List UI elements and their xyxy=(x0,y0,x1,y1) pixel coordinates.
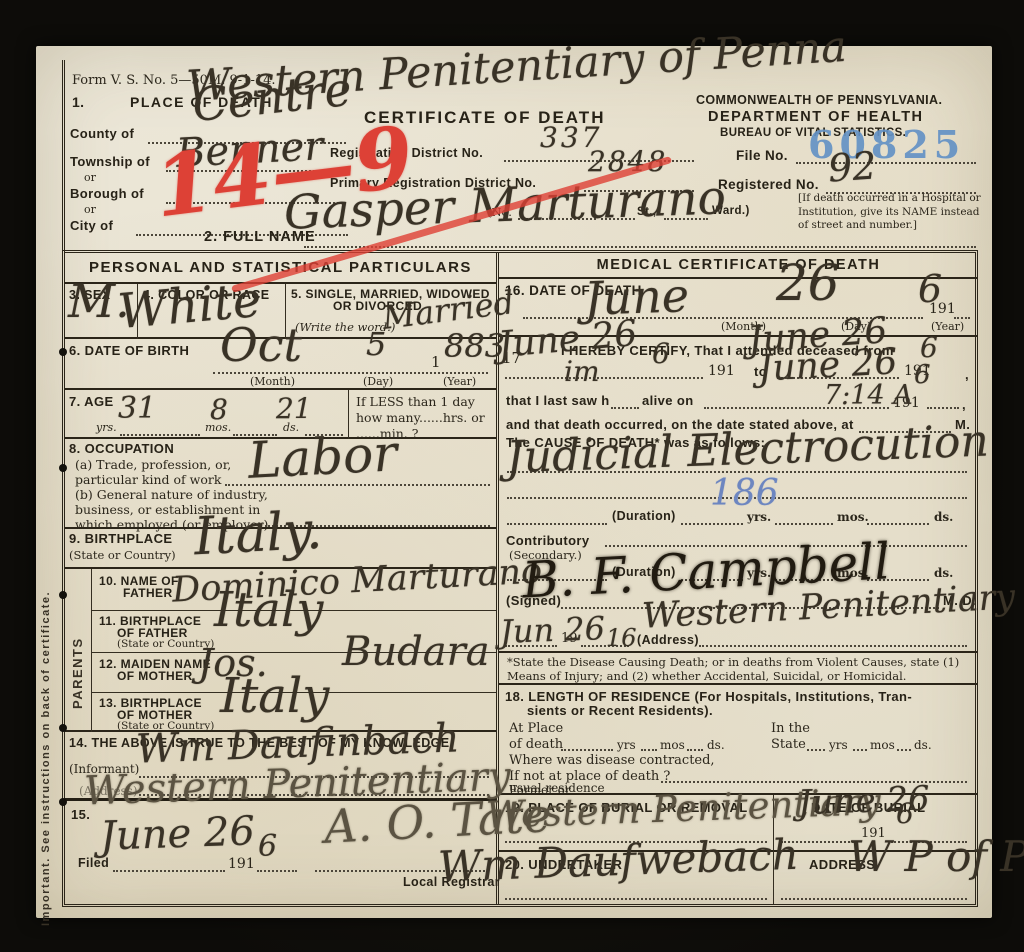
dotted-line xyxy=(681,523,743,525)
dotted-line xyxy=(775,523,833,525)
handwritten-birth-year: 883 xyxy=(444,330,505,362)
at-place-label: At Place xyxy=(509,721,563,736)
section-1-number: 1. xyxy=(72,94,84,110)
edge-instruction-note: Important. See instructions on back of c… xyxy=(40,356,52,926)
less-than-day-line2: how many......hrs. or xyxy=(356,410,485,425)
state-label: State xyxy=(771,737,806,752)
or-label: or xyxy=(84,171,96,184)
dotted-line xyxy=(304,246,976,248)
file-no-label: File No. xyxy=(736,148,788,163)
dotted-line xyxy=(687,749,703,751)
residence-ds: ds. xyxy=(707,738,725,752)
handwritten-sign-date: Jun 26 xyxy=(499,612,605,648)
handwritten-death-month: June xyxy=(583,272,689,322)
handwritten-age-months: 8 xyxy=(210,396,228,424)
dotted-line xyxy=(853,749,867,751)
residence-label-line2: sients or Recent Residents). xyxy=(527,703,713,718)
less-than-day-line1: If LESS than 1 day xyxy=(356,394,475,409)
dotted-line xyxy=(507,523,607,525)
handwritten-from-year: 6 xyxy=(652,340,670,368)
dotted-line xyxy=(505,377,703,379)
handwritten-birthplace: Italy. xyxy=(193,505,324,564)
dotted-line xyxy=(699,645,967,647)
birthplace-sublabel: (State or Country) xyxy=(69,548,176,562)
dob-printed-1: 1 xyxy=(431,353,441,371)
state-yrs: yrs xyxy=(829,738,848,752)
handwritten-death-day: 26 xyxy=(776,258,840,308)
dotted-line xyxy=(213,372,488,374)
hole-punch xyxy=(59,464,67,472)
state-ds: ds. xyxy=(914,738,932,752)
hole-punch xyxy=(59,798,67,806)
residence-yrs: yrs xyxy=(617,738,636,752)
dotted-line xyxy=(505,898,767,900)
dotted-line xyxy=(120,434,200,436)
township-label: Township of xyxy=(70,154,150,169)
blue-pencil-number: 186 xyxy=(710,476,779,512)
handwritten-mother-maiden: Budara xyxy=(342,632,490,672)
handwritten-undertaker-address: W P of P xyxy=(848,836,1024,878)
dotted-line xyxy=(807,749,825,751)
handwritten-birth-day: 5 xyxy=(366,328,386,360)
dotted-line xyxy=(561,749,613,751)
handwritten-birth-month: Oct xyxy=(220,322,302,368)
handwritten-father-birthplace: Italy xyxy=(214,586,323,634)
dotted-line xyxy=(927,407,959,409)
hospital-note: [If death occurred in a Hospital or Inst… xyxy=(798,192,992,233)
handwritten-registered-no: 92 xyxy=(827,146,878,187)
handwritten-filed-date: June 26 xyxy=(99,811,255,856)
right-column-header: MEDICAL CERTIFICATE OF DEATH xyxy=(499,253,978,279)
registered-no-label: Registered No. xyxy=(718,177,819,192)
handwritten-age-days: 21 xyxy=(276,395,312,423)
handwritten-age-years: 31 xyxy=(118,394,156,424)
duration-mos: mos. xyxy=(837,510,869,524)
occupation-a-line1: (a) Trade, profession, or, xyxy=(75,457,231,472)
certificate-paper: Important. See instructions on back of c… xyxy=(36,46,992,918)
filed-191: 191 xyxy=(228,856,255,872)
hole-punch xyxy=(59,591,67,599)
contributory-label: Contributory xyxy=(506,533,590,548)
month-sublabel: (Month) xyxy=(250,375,295,388)
or-label: or xyxy=(84,203,96,216)
handwritten-undertaker: Wm Daufwebach xyxy=(437,834,799,889)
where-contracted-label: Where was disease contracted, xyxy=(509,753,715,768)
parents-vertical-label: PARENTS xyxy=(70,599,85,709)
alive-on-label: alive on xyxy=(642,393,694,408)
footnote-line1: *State the Disease Causing Death; or in … xyxy=(507,655,959,669)
footnote-line2: Means of Injury; and (2) whether Acciden… xyxy=(507,669,906,683)
of-death-label: of death xyxy=(509,737,563,752)
dotted-line xyxy=(954,317,970,319)
dotted-line xyxy=(897,749,911,751)
footnote-row: *State the Disease Causing Death; or in … xyxy=(499,653,978,685)
comma: , xyxy=(962,397,966,412)
duration2-ds: ds. xyxy=(934,566,953,580)
residence-mos: mos xyxy=(660,738,685,752)
state-mos: mos xyxy=(870,738,895,752)
dotted-line xyxy=(257,870,297,872)
dob-label: 6. DATE OF BIRTH xyxy=(69,343,189,358)
dotted-line xyxy=(781,898,967,900)
handwritten-saw-year: 6 xyxy=(914,362,931,388)
age-label: 7. AGE xyxy=(69,394,114,409)
mother-name-label2: OF MOTHER xyxy=(117,669,193,683)
duration-ds: ds. xyxy=(934,510,953,524)
hole-punch xyxy=(59,724,67,732)
from-191: 191 xyxy=(708,363,735,379)
handwritten-death-year: 6 xyxy=(918,270,942,308)
handwritten-filed-year: 6 xyxy=(258,832,277,862)
handwritten-to-year: 6 xyxy=(920,334,938,362)
duration-label: (Duration) xyxy=(612,509,676,523)
screenshot-root: { "edge": { "vertical_note": "Important.… xyxy=(0,0,1024,952)
handwritten-him: im xyxy=(564,358,600,386)
year-sublabel: (Year) xyxy=(443,375,476,388)
in-the-label: In the xyxy=(771,721,810,736)
hole-punch xyxy=(59,348,67,356)
dotted-line xyxy=(611,407,639,409)
commonwealth-header: COMMONWEALTH OF PENNSYLVANIA. xyxy=(696,93,942,107)
occupation-b-line1: (b) General nature of industry, xyxy=(75,487,268,502)
yrs-label: yrs. xyxy=(96,421,117,434)
city-label: City of xyxy=(70,218,113,233)
borough-label: Borough of xyxy=(70,186,144,201)
comma: , xyxy=(965,367,969,382)
father-name-label2: FATHER xyxy=(123,586,173,600)
handwritten-burial-year: 6 xyxy=(896,800,914,828)
occupation-a-line2: particular kind of work xyxy=(75,472,221,487)
residence-label-line1: 18. LENGTH OF RESIDENCE (For Hospitals, … xyxy=(505,689,912,704)
dotted-line xyxy=(641,749,657,751)
day-sublabel: (Day) xyxy=(363,375,393,388)
occupation-label: 8. OCCUPATION xyxy=(69,441,174,456)
left-border-rule xyxy=(62,60,65,252)
parents-label-cell: PARENTS xyxy=(65,569,92,732)
county-label: County of xyxy=(70,126,134,141)
last-saw-label: that I last saw h xyxy=(506,393,610,408)
handwritten-mother-birthplace: Italy xyxy=(220,672,329,720)
dotted-line xyxy=(113,870,225,872)
handwritten-occupation: Labor xyxy=(247,428,398,486)
dotted-line xyxy=(867,523,929,525)
handwritten-sign-year: 16 xyxy=(606,626,637,650)
birthplace-label: 9. BIRTHPLACE xyxy=(69,531,172,546)
handwritten-death-time: 7:14 A xyxy=(824,382,913,409)
